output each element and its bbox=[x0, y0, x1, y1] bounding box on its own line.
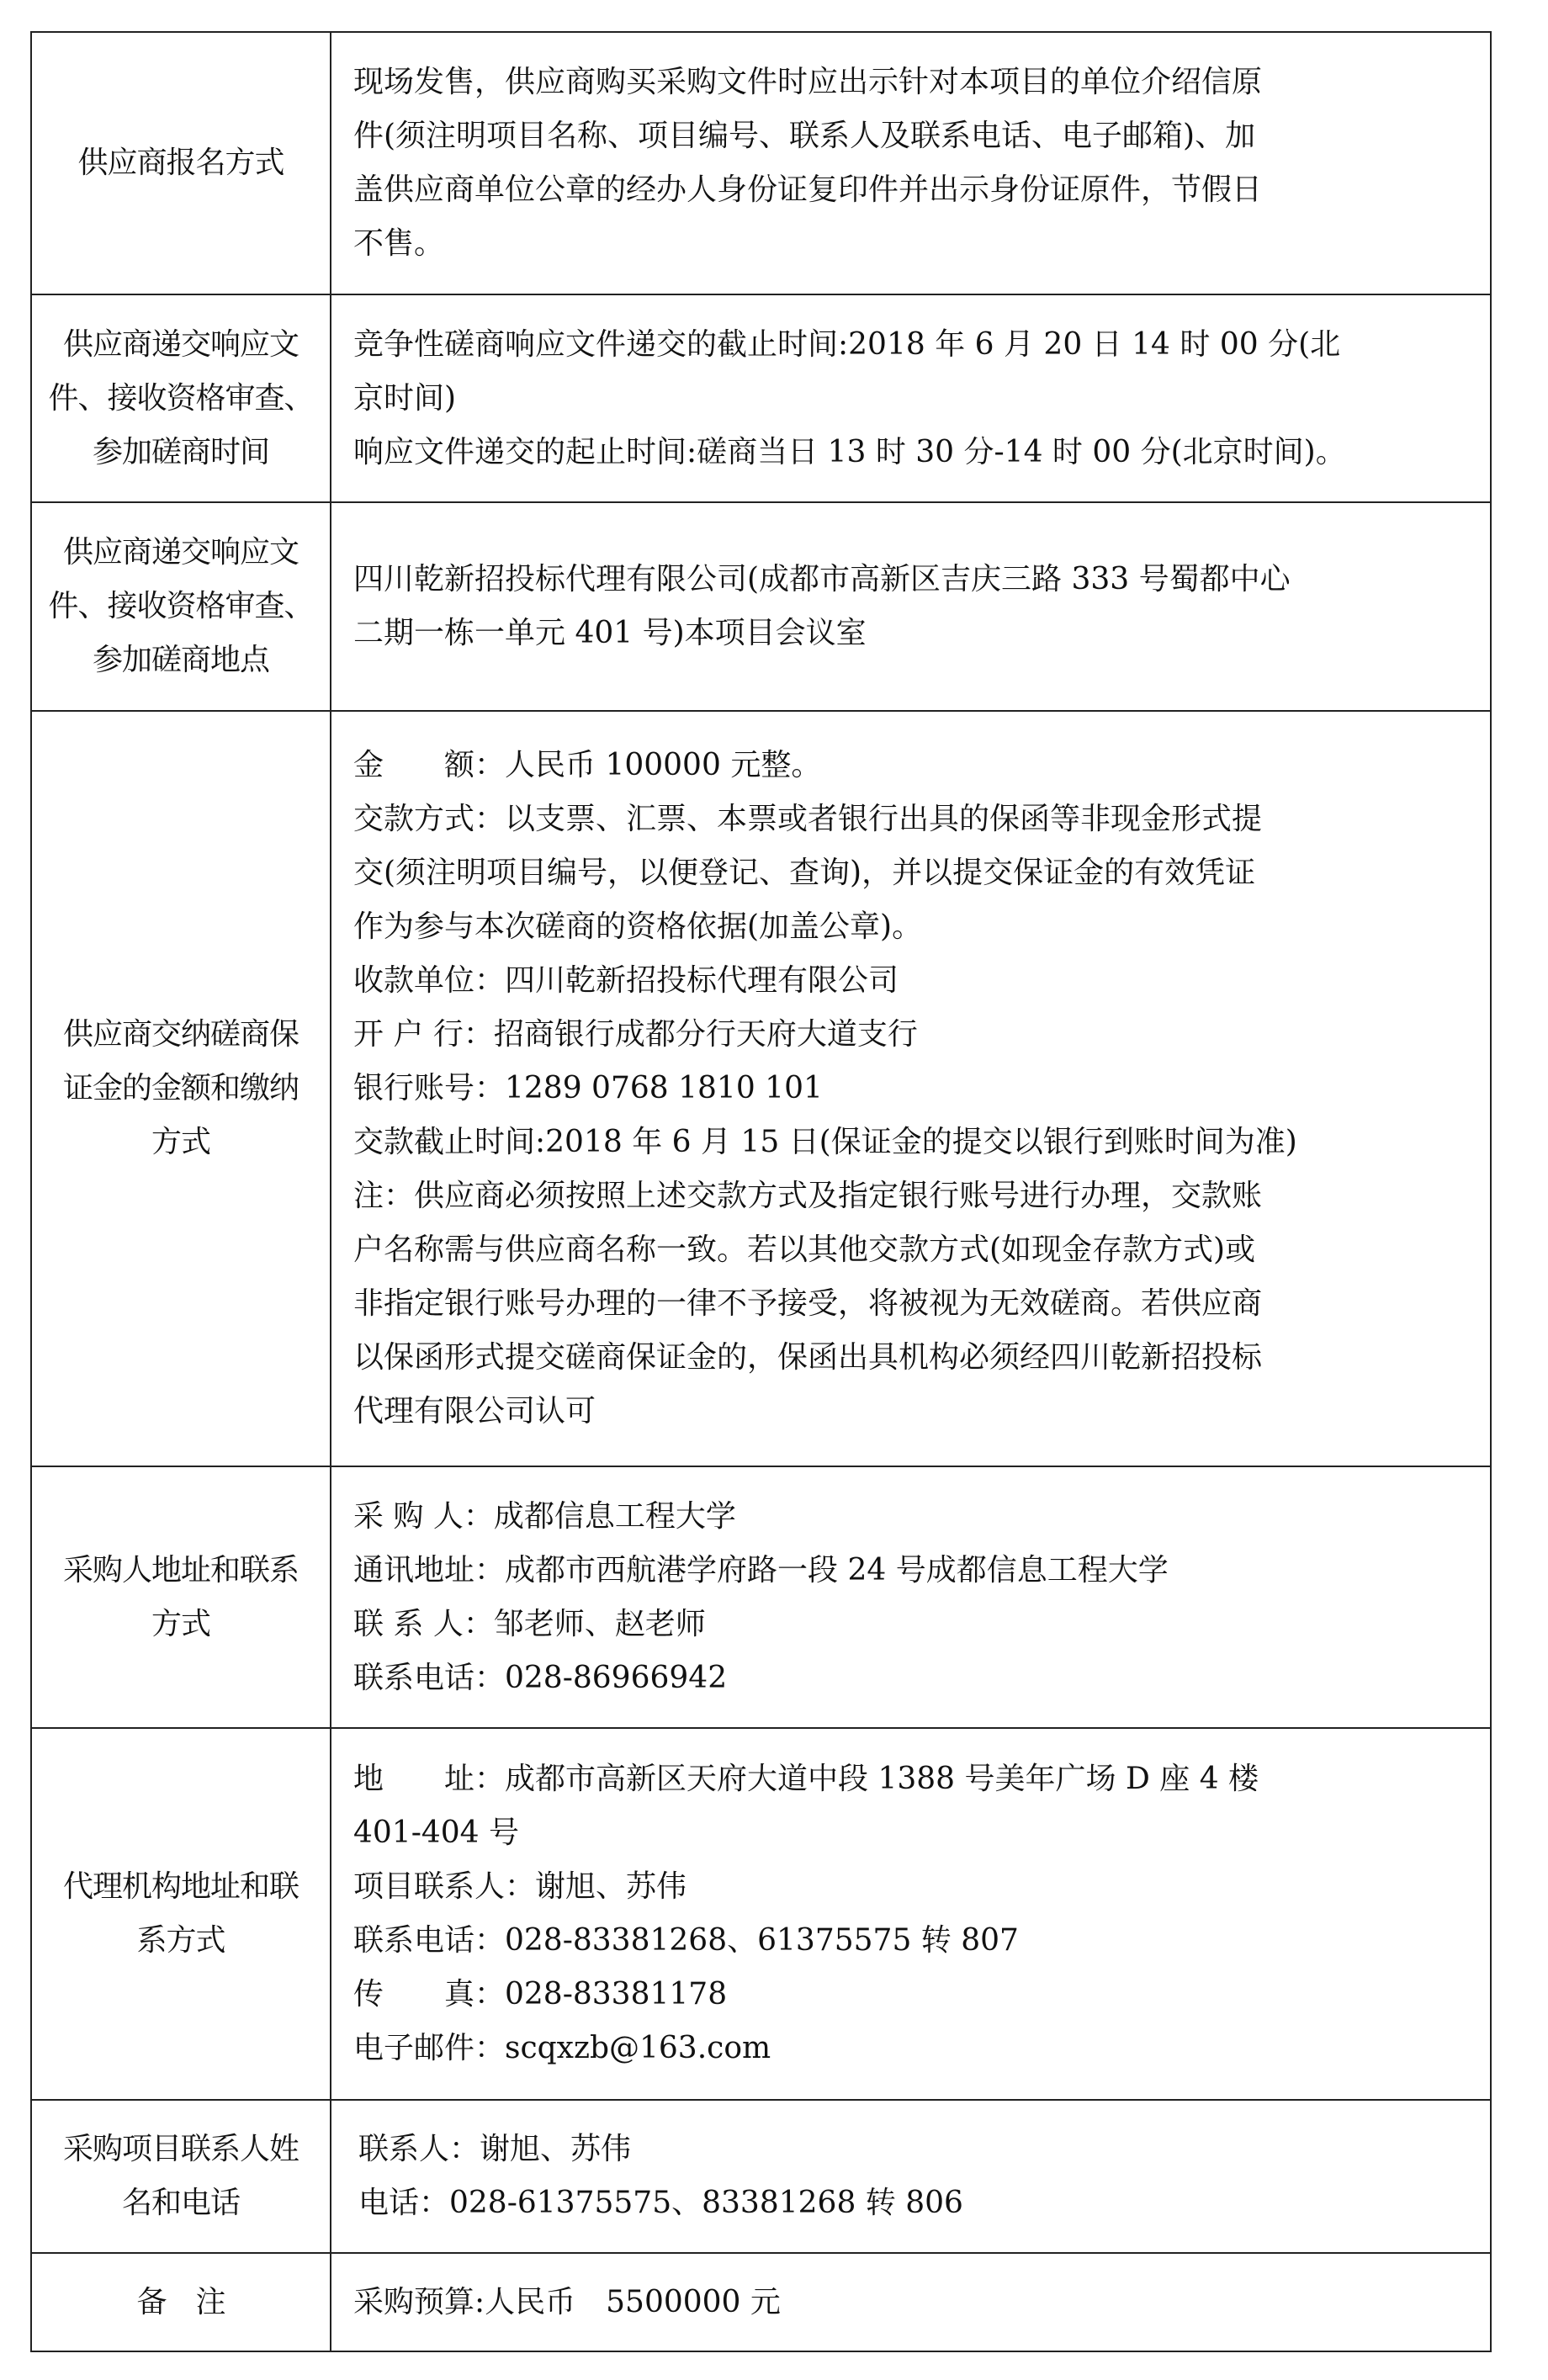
content-line: 通讯地址：成都市西航港学府路一段 24 号成都信息工程大学 bbox=[353, 1544, 1478, 1598]
content-line: 非指定银行账号办理的一律不予接受，将被视为无效磋商。若供应商 bbox=[353, 1277, 1478, 1331]
label-line: 件、接收资格审查、 bbox=[32, 372, 330, 426]
row-label: 采购项目联系人姓 名和电话 bbox=[31, 2100, 331, 2253]
row-content: 地 址：成都市高新区天府大道中段 1388 号美年广场 D 座 4 楼 401-… bbox=[331, 1728, 1491, 2100]
label-line: 参加磋商时间 bbox=[32, 426, 330, 480]
label-line: 方式 bbox=[32, 1598, 330, 1651]
label-line: 采购项目联系人姓 bbox=[32, 2123, 330, 2176]
row-content: 现场发售，供应商购买采购文件时应出示针对本项目的单位介绍信原 件(须注明项目名称… bbox=[331, 32, 1491, 294]
content-line: 代理有限公司认可 bbox=[353, 1385, 1478, 1439]
content-line: 联系电话：028-86966942 bbox=[353, 1651, 1478, 1705]
content-line: 银行账号：1289 0768 1810 101 bbox=[353, 1062, 1478, 1116]
label-line: 供应商报名方式 bbox=[32, 136, 330, 190]
content-line: 以保函形式提交磋商保证金的，保函出具机构必须经四川乾新招投标 bbox=[353, 1331, 1478, 1385]
content-line: 竞争性磋商响应文件递交的截止时间:2018 年 6 月 20 日 14 时 00… bbox=[353, 318, 1478, 372]
label-line: 方式 bbox=[32, 1116, 330, 1169]
content-line: 注：供应商必须按照上述交款方式及指定银行账号进行办理，交款账 bbox=[353, 1169, 1478, 1223]
content-line: 盖供应商单位公章的经办人身份证复印件并出示身份证原件，节假日 bbox=[353, 163, 1478, 217]
content-line: 项目联系人：谢旭、苏伟 bbox=[353, 1860, 1478, 1914]
row-label: 备 注 bbox=[31, 2253, 331, 2351]
content-line: 件(须注明项目名称、项目编号、联系人及联系电话、电子邮箱)、加 bbox=[353, 109, 1478, 163]
content-line: 交款截止时间:2018 年 6 月 15 日(保证金的提交以银行到账时间为准) bbox=[353, 1116, 1478, 1169]
row-content: 四川乾新招投标代理有限公司(成都市高新区吉庆三路 333 号蜀都中心 二期一栋一… bbox=[331, 502, 1491, 711]
row-content: 竞争性磋商响应文件递交的截止时间:2018 年 6 月 20 日 14 时 00… bbox=[331, 294, 1491, 502]
table-row-deposit: 供应商交纳磋商保 证金的金额和缴纳 方式 金 额：人民币 100000 元整。 … bbox=[31, 711, 1491, 1466]
table-row-submission-time: 供应商递交响应文 件、接收资格审查、 参加磋商时间 竞争性磋商响应文件递交的截止… bbox=[31, 294, 1491, 502]
content-line: 金 额：人民币 100000 元整。 bbox=[353, 739, 1478, 792]
label-line: 采购人地址和联系 bbox=[32, 1544, 330, 1598]
table-row-submission-location: 供应商递交响应文 件、接收资格审查、 参加磋商地点 四川乾新招投标代理有限公司(… bbox=[31, 502, 1491, 711]
row-content: 联系人：谢旭、苏伟 电话：028-61375575、83381268 转 806 bbox=[331, 2100, 1491, 2253]
content-line: 户名称需与供应商名称一致。若以其他交款方式(如现金存款方式)或 bbox=[353, 1223, 1478, 1277]
content-line: 现场发售，供应商购买采购文件时应出示针对本项目的单位介绍信原 bbox=[353, 56, 1478, 109]
table-row-project-contact: 采购项目联系人姓 名和电话 联系人：谢旭、苏伟 电话：028-61375575、… bbox=[31, 2100, 1491, 2253]
row-label: 供应商交纳磋商保 证金的金额和缴纳 方式 bbox=[31, 711, 331, 1466]
label-line: 供应商递交响应文 bbox=[32, 526, 330, 580]
table-row-remarks: 备 注 采购预算:人民币 5500000 元 bbox=[31, 2253, 1491, 2351]
row-label: 供应商报名方式 bbox=[31, 32, 331, 294]
content-line: 地 址：成都市高新区天府大道中段 1388 号美年广场 D 座 4 楼 bbox=[353, 1752, 1478, 1806]
content-line: 联系人：谢旭、苏伟 bbox=[358, 2123, 1478, 2176]
content-line: 电话：028-61375575、83381268 转 806 bbox=[358, 2176, 1478, 2230]
label-line: 参加磋商地点 bbox=[32, 633, 330, 687]
procurement-info-table: 供应商报名方式 现场发售，供应商购买采购文件时应出示针对本项目的单位介绍信原 件… bbox=[30, 31, 1492, 2352]
row-content: 采 购 人：成都信息工程大学 通讯地址：成都市西航港学府路一段 24 号成都信息… bbox=[331, 1466, 1491, 1728]
label-line: 证金的金额和缴纳 bbox=[32, 1062, 330, 1116]
content-line: 联 系 人：邹老师、赵老师 bbox=[353, 1598, 1478, 1651]
row-label: 供应商递交响应文 件、接收资格审查、 参加磋商时间 bbox=[31, 294, 331, 502]
content-line: 作为参与本次磋商的资格依据(加盖公章)。 bbox=[353, 900, 1478, 954]
content-line: 收款单位：四川乾新招投标代理有限公司 bbox=[353, 954, 1478, 1008]
content-line: 响应文件递交的起止时间:磋商当日 13 时 30 分-14 时 00 分(北京时… bbox=[353, 426, 1478, 480]
row-label: 代理机构地址和联 系方式 bbox=[31, 1728, 331, 2100]
content-line: 二期一栋一单元 401 号)本项目会议室 bbox=[353, 607, 1478, 660]
content-line: 电子邮件：scqxzb@163.com bbox=[353, 2022, 1478, 2075]
content-line: 京时间) bbox=[353, 372, 1478, 426]
label-line: 供应商递交响应文 bbox=[32, 318, 330, 372]
row-label: 采购人地址和联系 方式 bbox=[31, 1466, 331, 1728]
content-line: 联系电话：028-83381268、61375575 转 807 bbox=[353, 1914, 1478, 1968]
content-line: 采购预算:人民币 5500000 元 bbox=[353, 2276, 1478, 2330]
label-line: 系方式 bbox=[32, 1914, 330, 1968]
content-line: 交款方式：以支票、汇票、本票或者银行出具的保函等非现金形式提 bbox=[353, 792, 1478, 846]
label-line: 备 注 bbox=[32, 2276, 330, 2330]
content-line: 四川乾新招投标代理有限公司(成都市高新区吉庆三路 333 号蜀都中心 bbox=[353, 553, 1478, 607]
content-line: 401-404 号 bbox=[353, 1806, 1478, 1860]
label-line: 名和电话 bbox=[32, 2176, 330, 2230]
table-row-agency-contact: 代理机构地址和联 系方式 地 址：成都市高新区天府大道中段 1388 号美年广场… bbox=[31, 1728, 1491, 2100]
label-line: 供应商交纳磋商保 bbox=[32, 1008, 330, 1062]
label-line: 代理机构地址和联 bbox=[32, 1860, 330, 1914]
content-line: 交(须注明项目编号，以便登记、查询)，并以提交保证金的有效凭证 bbox=[353, 846, 1478, 900]
content-line: 不售。 bbox=[353, 217, 1478, 271]
table-row-registration-method: 供应商报名方式 现场发售，供应商购买采购文件时应出示针对本项目的单位介绍信原 件… bbox=[31, 32, 1491, 294]
content-line: 开 户 行：招商银行成都分行天府大道支行 bbox=[353, 1008, 1478, 1062]
row-label: 供应商递交响应文 件、接收资格审查、 参加磋商地点 bbox=[31, 502, 331, 711]
row-content: 金 额：人民币 100000 元整。 交款方式：以支票、汇票、本票或者银行出具的… bbox=[331, 711, 1491, 1466]
content-line: 采 购 人：成都信息工程大学 bbox=[353, 1490, 1478, 1544]
content-line: 传 真：028-83381178 bbox=[353, 1968, 1478, 2022]
table-row-purchaser-contact: 采购人地址和联系 方式 采 购 人：成都信息工程大学 通讯地址：成都市西航港学府… bbox=[31, 1466, 1491, 1728]
label-line: 件、接收资格审查、 bbox=[32, 580, 330, 633]
row-content: 采购预算:人民币 5500000 元 bbox=[331, 2253, 1491, 2351]
